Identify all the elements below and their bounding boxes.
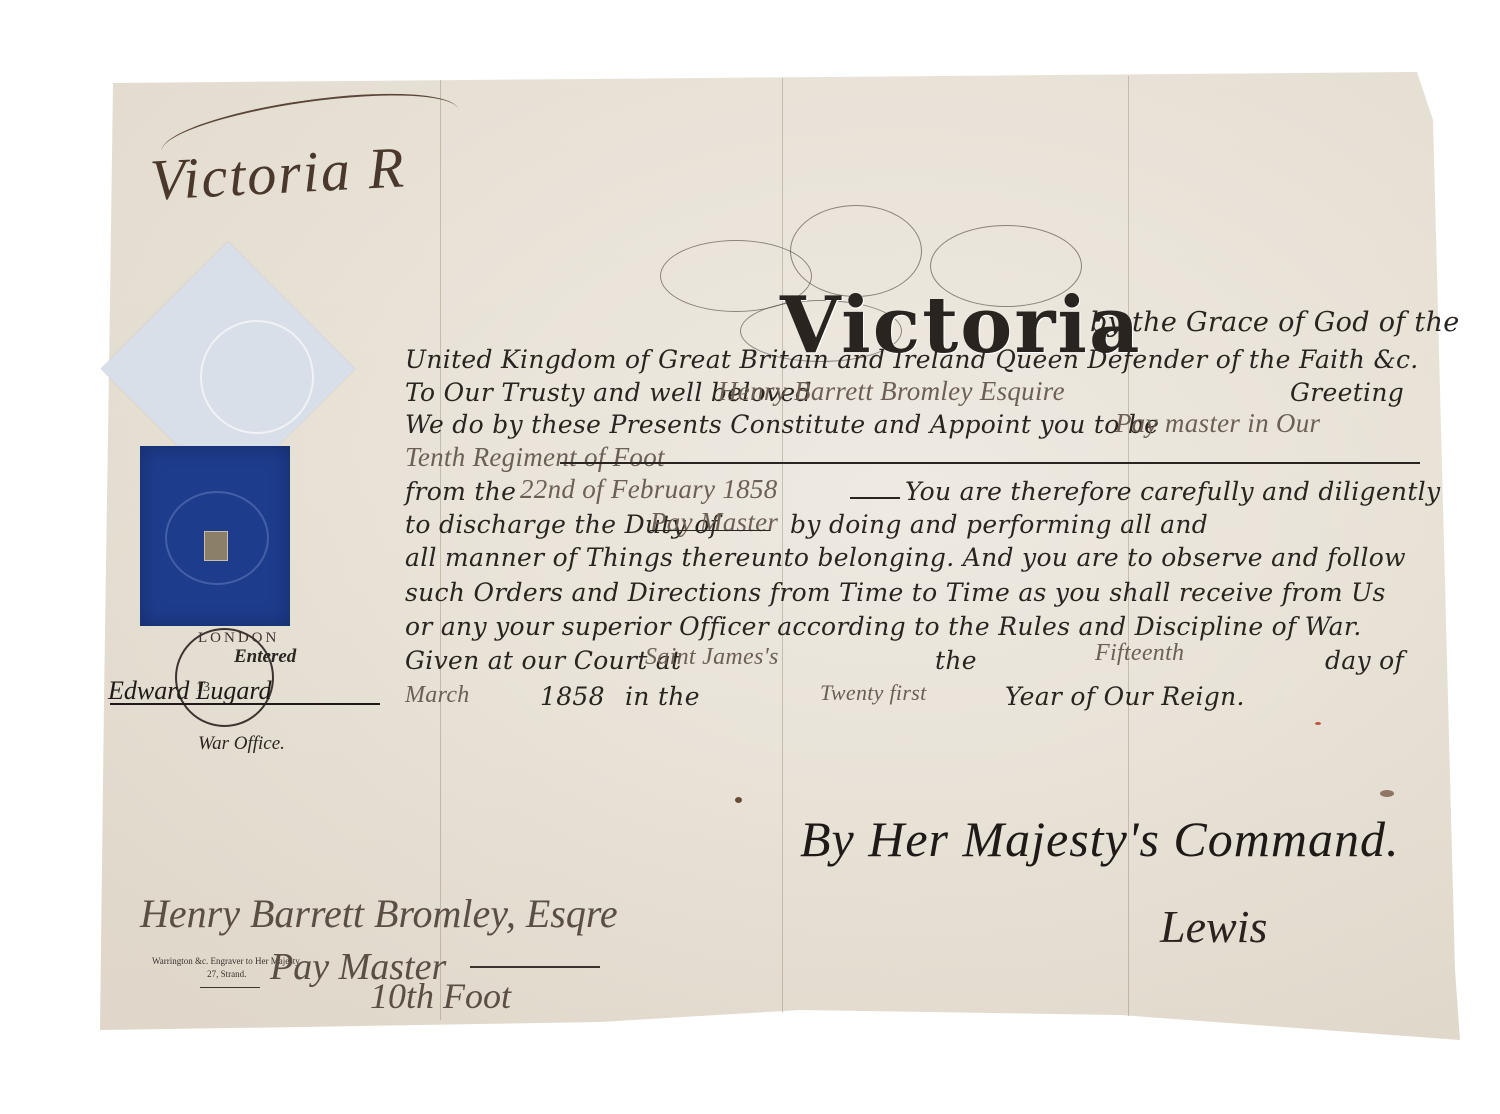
regiment-text: Tenth Regiment of Foot <box>405 442 665 473</box>
blank-rule <box>850 497 900 499</box>
stain-mark <box>1315 722 1321 725</box>
body-line: Given at our Court at <box>405 646 681 675</box>
endorsement-regiment: 10th Foot <box>370 975 511 1017</box>
war-office-label: War Office. <box>198 733 285 755</box>
stain-mark <box>1380 790 1394 797</box>
closing-text: By Her Majesty's Command. <box>800 810 1400 868</box>
imprint-rule <box>200 987 260 988</box>
body-line: United Kingdom of Great Britain and Irel… <box>405 345 1419 374</box>
body-line: the <box>935 646 977 675</box>
countersignature: Lewis <box>1160 900 1267 953</box>
month-text: March <box>405 682 470 709</box>
postmark-text: LONDON <box>198 630 279 647</box>
signature-underline <box>110 703 380 705</box>
seal-clip-icon <box>204 531 228 561</box>
blank-rule <box>560 462 1420 464</box>
body-line: from the <box>405 477 516 506</box>
entered-label: Entered <box>234 646 296 668</box>
blue-wafer-seal-icon <box>140 446 290 626</box>
appointee-name: Henry Barrett Bromley Esquire <box>718 376 1065 407</box>
clerk-signature: Edward Lugard <box>108 676 272 706</box>
day-text: Fifteenth <box>1095 640 1184 667</box>
royal-signature: Victoria R <box>148 133 407 213</box>
body-line: or any your superior Officer according t… <box>405 612 1362 641</box>
body-line: day of <box>1325 646 1404 675</box>
body-line: in the <box>625 682 700 711</box>
endorsement-name: Henry Barrett Bromley, Esqre <box>140 890 618 937</box>
body-line: by doing and performing all and <box>790 510 1208 539</box>
duty-text: Pay Master <box>650 507 778 538</box>
embossed-seal-icon <box>200 320 314 434</box>
commission-document: Victoria R LONDON 13 Entered Edward Luga… <box>0 0 1500 1114</box>
body-line: such Orders and Directions from Time to … <box>405 578 1386 607</box>
body-line: We do by these Presents Constitute and A… <box>405 410 1159 439</box>
endorsement-rule <box>470 966 600 968</box>
year-text: 1858 <box>540 682 605 711</box>
body-line: Greeting <box>1290 378 1404 407</box>
stain-mark <box>735 797 742 803</box>
effective-date: 22nd of February 1858 <box>520 474 778 505</box>
appointment-text: Pay master in Our <box>1115 408 1320 439</box>
regnal-year-text: Twenty first <box>820 680 926 706</box>
blank-rule <box>650 530 770 531</box>
body-line: by the Grace of God of the <box>1090 307 1460 338</box>
body-line: Year of Our Reign. <box>1005 682 1245 711</box>
court-text: Saint James's <box>645 644 779 671</box>
body-line: all manner of Things thereunto belonging… <box>405 543 1406 572</box>
body-line: You are therefore carefully and diligent… <box>905 477 1440 506</box>
